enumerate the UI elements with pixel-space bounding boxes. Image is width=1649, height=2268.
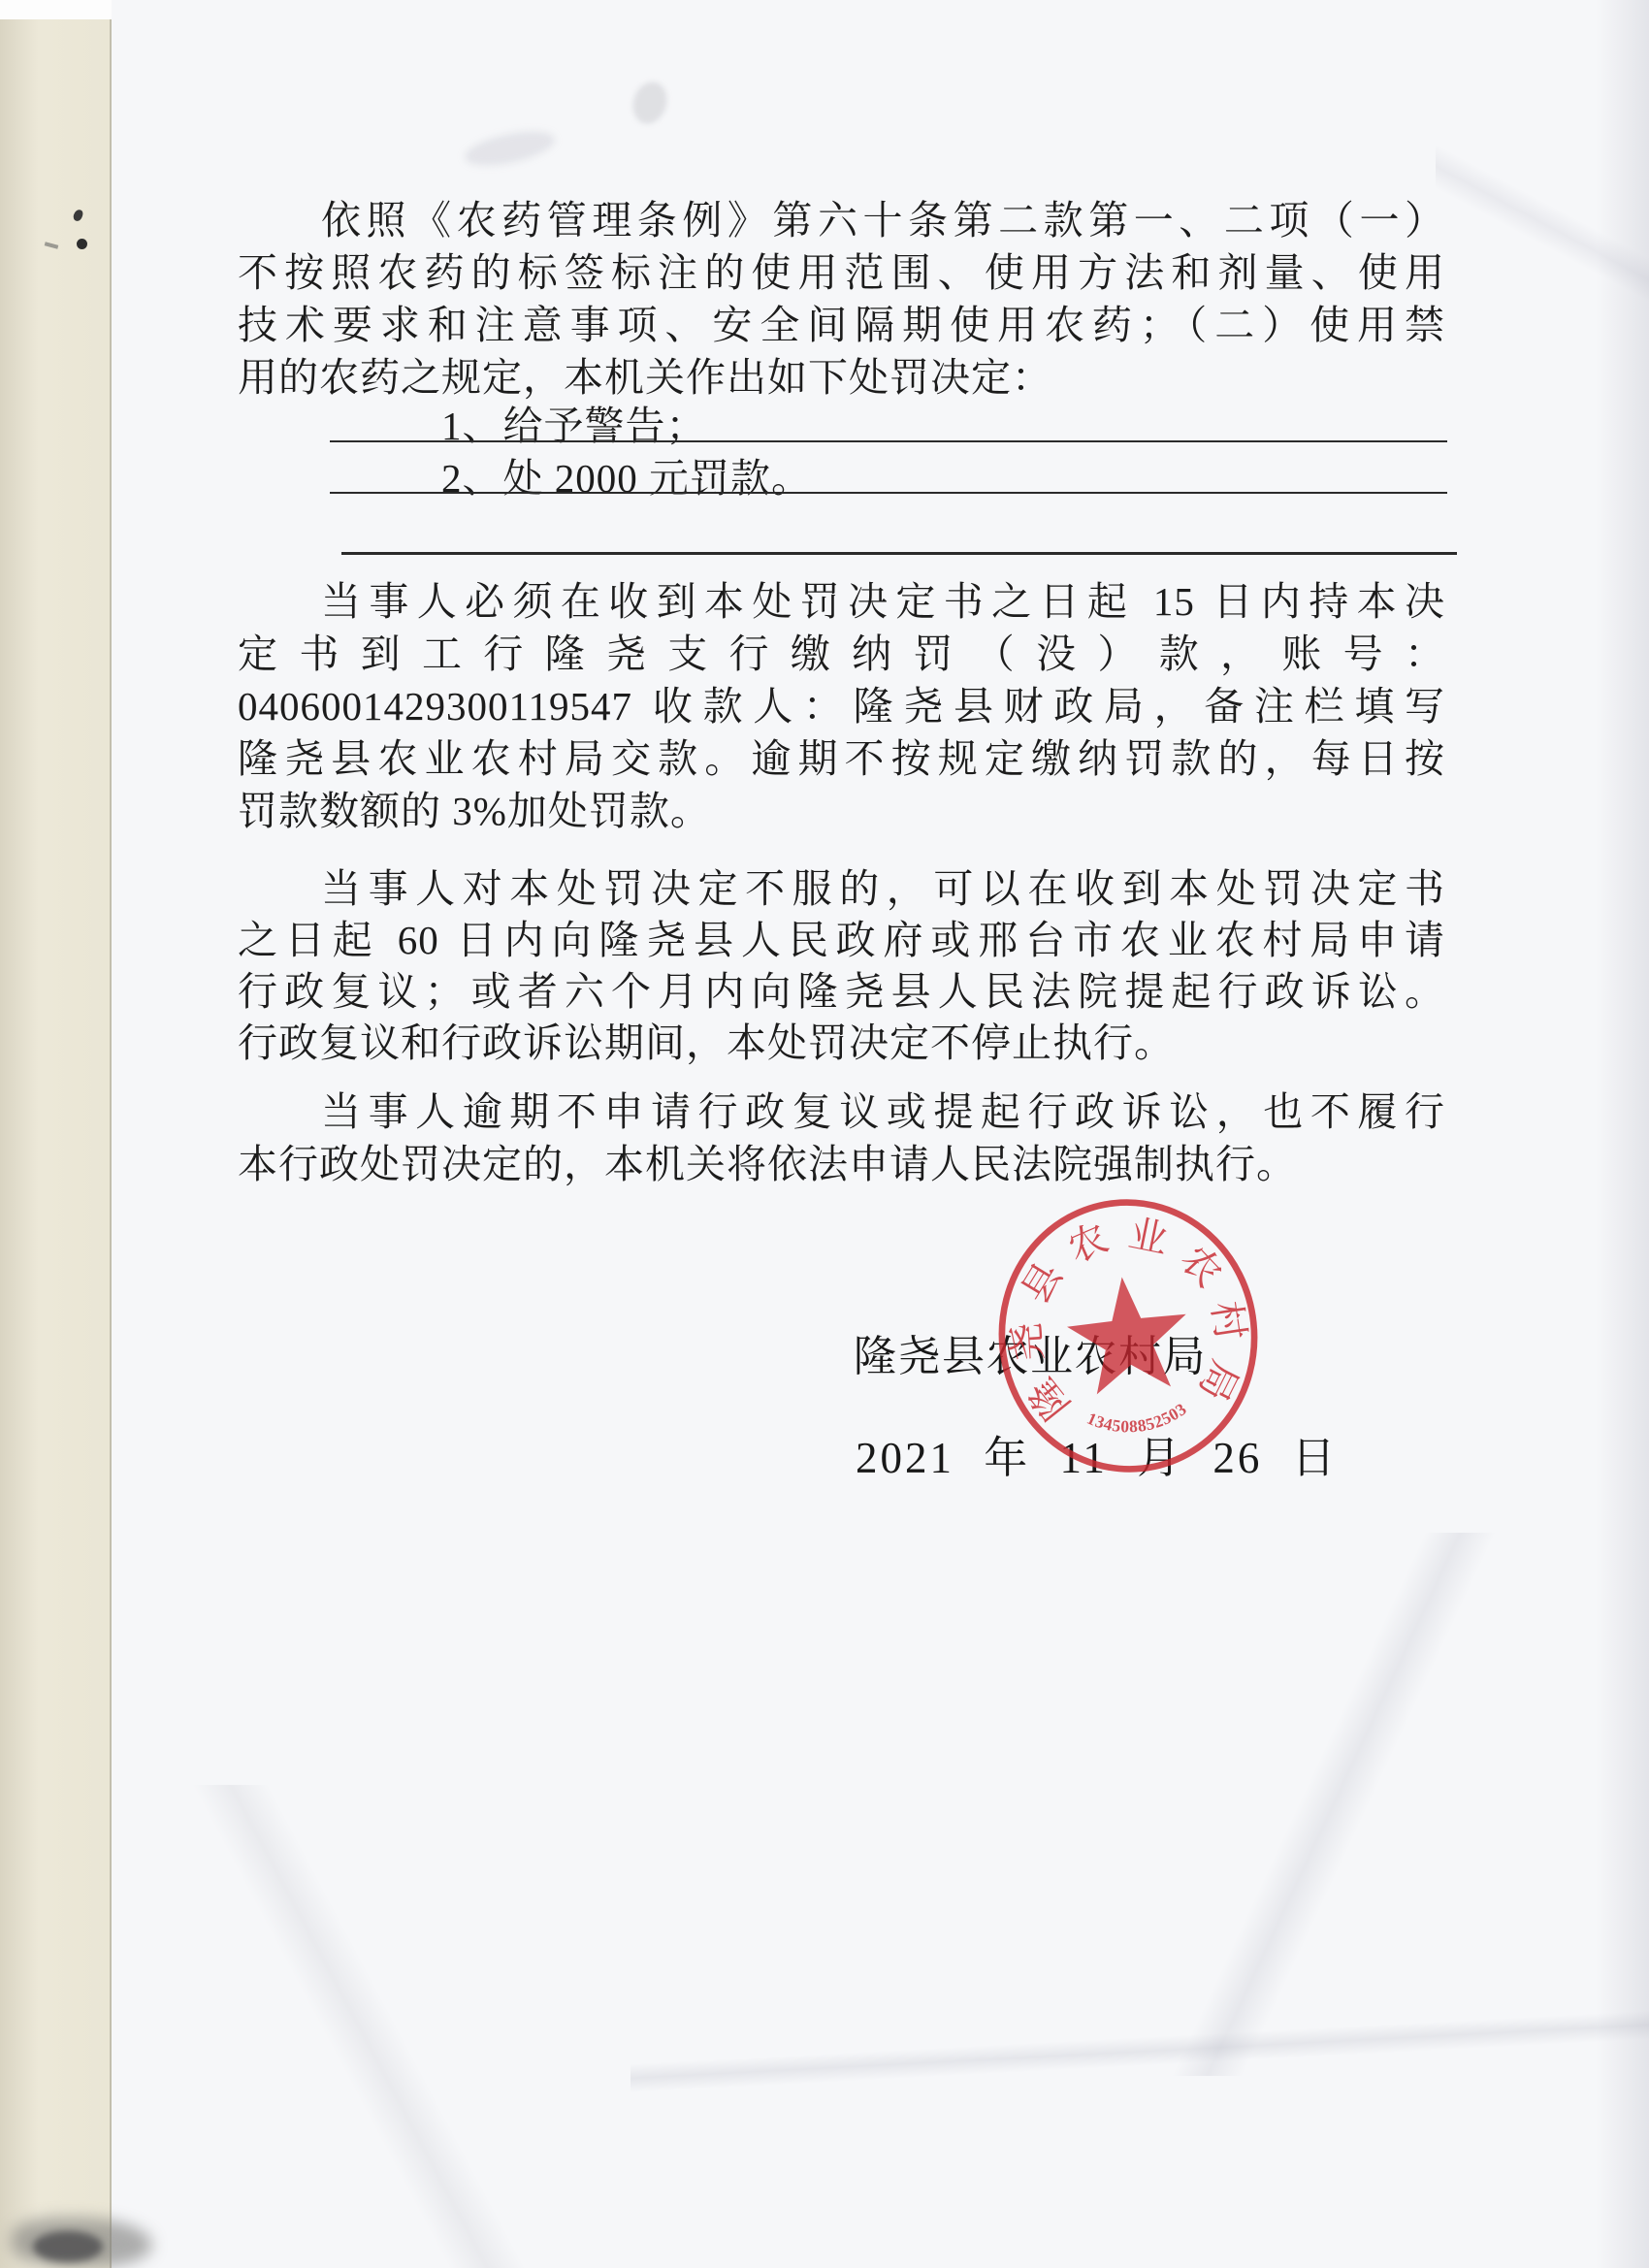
text-line: 行政复议和行政诉讼期间，本处罚决定不停止执行。 [238,1017,1445,1069]
seal-ring-char: 农 [1061,1215,1115,1271]
ruled-line-empty [341,552,1457,555]
scanner-backing-strip [0,19,112,2268]
seal-ring-char: 尧 [1004,1321,1050,1363]
seal-ring-char: 村 [1204,1298,1252,1343]
text-line: 0406001429300119547 收款人：隆尧县财政局，备注栏填写 [238,680,1445,732]
text-line: 行政复议；或者六个月内向隆尧县人民法院提起行政诉讼。 [238,965,1445,1018]
text-line: 当事人逾期不申请行政复议或提起行政诉讼，也不履行 [238,1085,1445,1138]
text-line: 用的农药之规定，本机关作出如下处罚决定： [238,351,1445,404]
text-line: 依照《农药管理条例》第六十条第二款第一、二项（一） [238,194,1445,246]
seal-code-digit: 8 [1128,1416,1138,1436]
text-line: 技术要求和注意事项、安全间隔期使用农药；（二）使用禁 [238,299,1445,351]
seal-code: 3 0 5 2 5 8 8 0 5 4 3 1 [1083,1398,1191,1441]
text-line: 不按照农药的标签标注的使用范围、使用方法和剂量、使用 [238,246,1445,299]
text-line: 隆尧县农业农村局交款。逾期不按规定缴纳罚款的，每日按 [238,732,1445,785]
text-line: 当事人必须在收到本处罚决定书之日起 15 日内持本决 [238,575,1445,628]
official-seal: 隆 尧 县 农 业 农 村 局 3 0 5 2 5 8 8 0 5 4 3 1 [950,1150,1308,1522]
ruled-line [330,492,1447,494]
seal-ring-char: 业 [1125,1212,1172,1262]
decision-item-2: 2、处 2000 元罚款。 [441,452,812,504]
text-line: 定 书 到 工 行 隆 尧 支 行 缴 纳 罚 （ 没 ） 款 ， 账 号 ： [238,628,1445,680]
scanned-document: 依照《农药管理条例》第六十条第二款第一、二项（一） 不按照农药的标签标注的使用范… [0,0,1649,2268]
text-line: 当事人对本处罚决定不服的，可以在收到本处罚决定书 [238,862,1445,915]
text-line: 之日起 60 日内向隆尧县人民政府或邢台市农业农村局申请 [238,914,1445,966]
ruled-line [330,440,1447,442]
text-line: 罚款数额的 3%加处罚款。 [238,785,1445,837]
decision-item-1: 1、给予警告； [441,400,707,452]
seal-code-digit: 0 [1120,1416,1130,1436]
seal-star-icon [1062,1271,1193,1397]
